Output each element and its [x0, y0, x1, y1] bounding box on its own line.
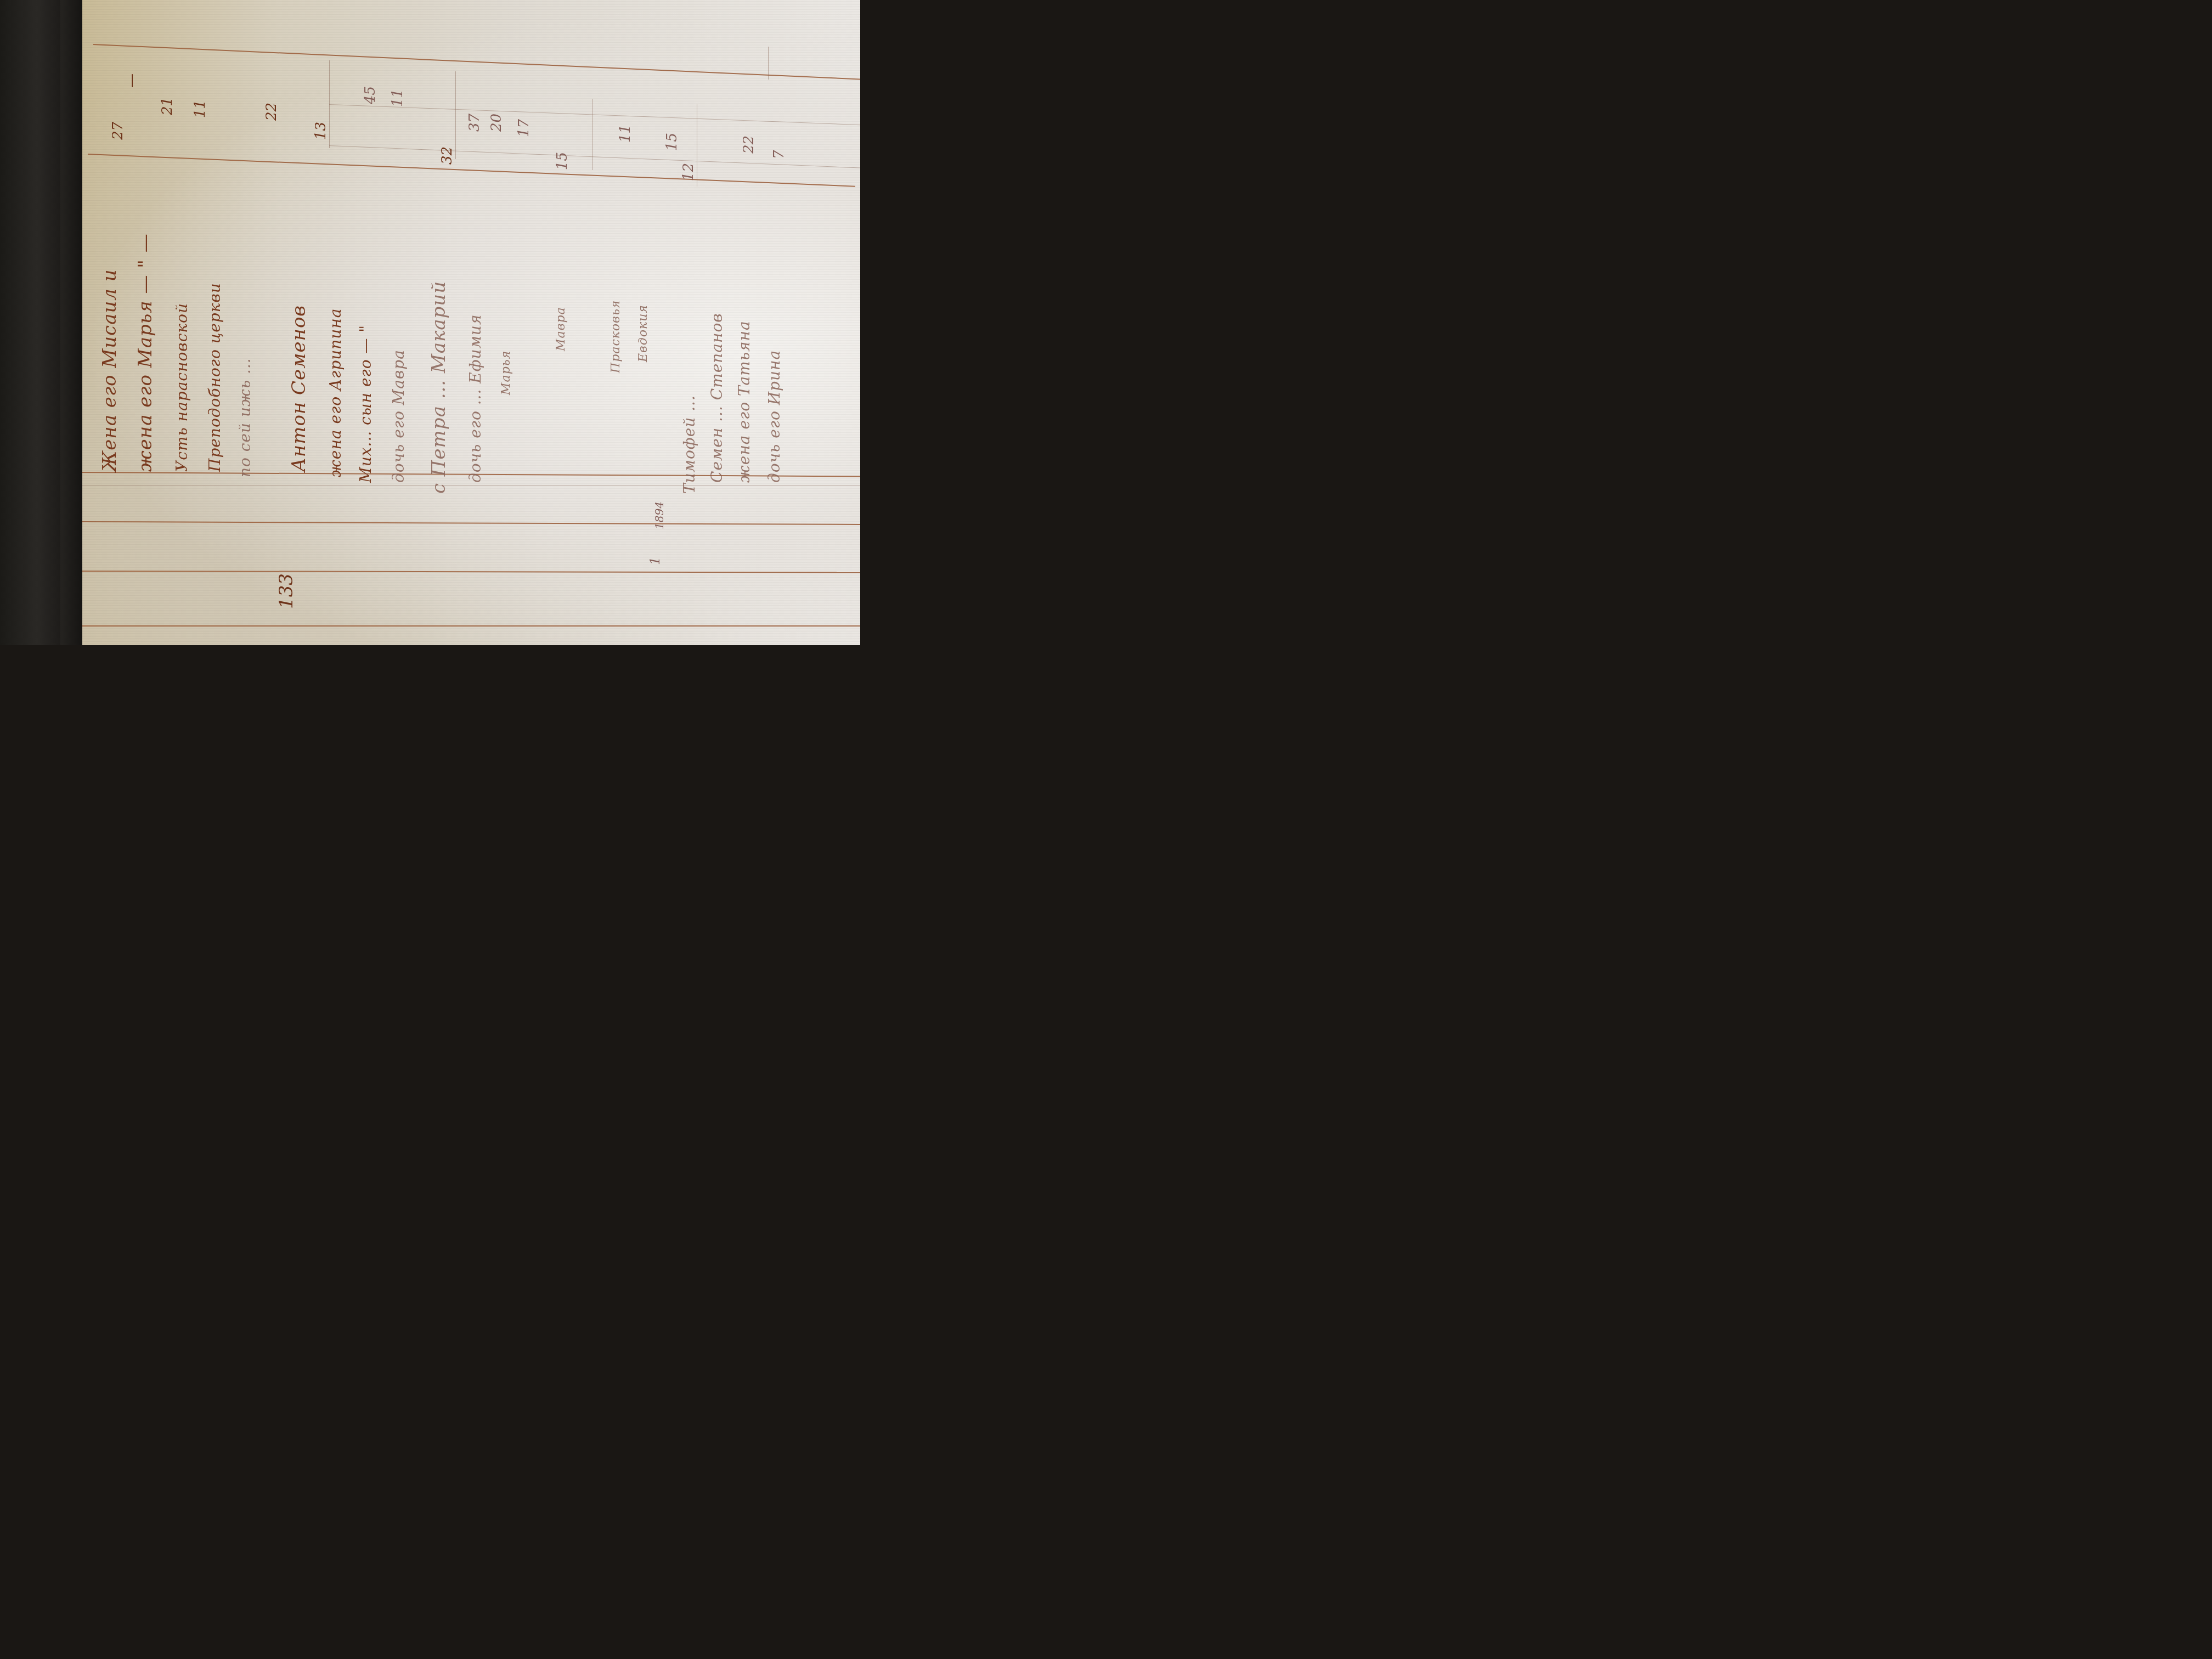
age-value: 21: [159, 97, 176, 115]
entry-line: жена его Агрипина: [326, 308, 345, 477]
age-value: 37: [466, 114, 483, 132]
entry-line: Прасковья: [609, 300, 623, 373]
register-page: 27 — 21 11 22 13 45 11 32 37 20 17 15 11…: [82, 0, 860, 645]
entry-line: по сей ижь ...: [236, 358, 254, 477]
entry-line: жена его Татьяна: [735, 320, 753, 483]
entry-line: Усть нарасновской: [173, 303, 191, 472]
age-value: 7: [771, 150, 787, 159]
column-divider: [697, 104, 697, 187]
age-value: 27: [110, 122, 126, 140]
ruling-line: [88, 154, 855, 187]
entry-line: Жена его Мисаил и: [99, 269, 121, 472]
entry-line: дочь его Мавра: [390, 349, 408, 483]
age-value: 22: [741, 136, 757, 154]
entry-line: дочь его ... Ефимия: [466, 314, 484, 483]
ruling-line: [82, 521, 860, 525]
margin-mark: 1894: [653, 501, 666, 529]
age-value: 45: [362, 86, 379, 104]
entry-line: Марья: [499, 351, 513, 395]
entry-line: Евдокия: [636, 304, 650, 362]
side-mark: 1: [647, 557, 663, 565]
entry-line: дочь его Ирина: [765, 350, 783, 483]
entry-line: с Петра ... Макарий: [428, 281, 450, 494]
entry-line: Семен ... Степанов: [708, 313, 726, 483]
column-divider: [768, 47, 769, 80]
entry-line: жена его Марья — " —: [134, 233, 156, 472]
ruling-line: [82, 625, 860, 627]
entry-number: 133: [275, 573, 297, 609]
ruling-line: [329, 104, 860, 126]
age-value: 32: [439, 146, 455, 165]
column-divider: [455, 71, 456, 159]
entry-line: Мих... сын его — ": [357, 325, 375, 483]
entry-line: Тимофей ...: [680, 395, 698, 494]
column-divider: [329, 60, 330, 148]
age-value: 22: [263, 103, 280, 121]
age-value: 12: [680, 163, 697, 181]
age-value: 13: [313, 122, 329, 140]
age-value: —: [123, 74, 140, 88]
age-value: 15: [554, 152, 571, 170]
age-value: 11: [617, 125, 634, 143]
ruling-line: [82, 571, 860, 573]
column-divider: [592, 99, 593, 170]
ruling-line: [93, 44, 860, 80]
age-value: 20: [488, 114, 505, 132]
age-value: 15: [664, 133, 680, 151]
entry-line: Мавра: [554, 307, 568, 351]
ruling-line: [82, 486, 860, 486]
entry-line: Антон Семенов: [288, 305, 310, 472]
age-value: 11: [192, 100, 208, 118]
entry-line: Преподобного церкви: [206, 283, 224, 472]
age-value: 11: [390, 89, 406, 107]
age-value: 17: [516, 119, 532, 137]
